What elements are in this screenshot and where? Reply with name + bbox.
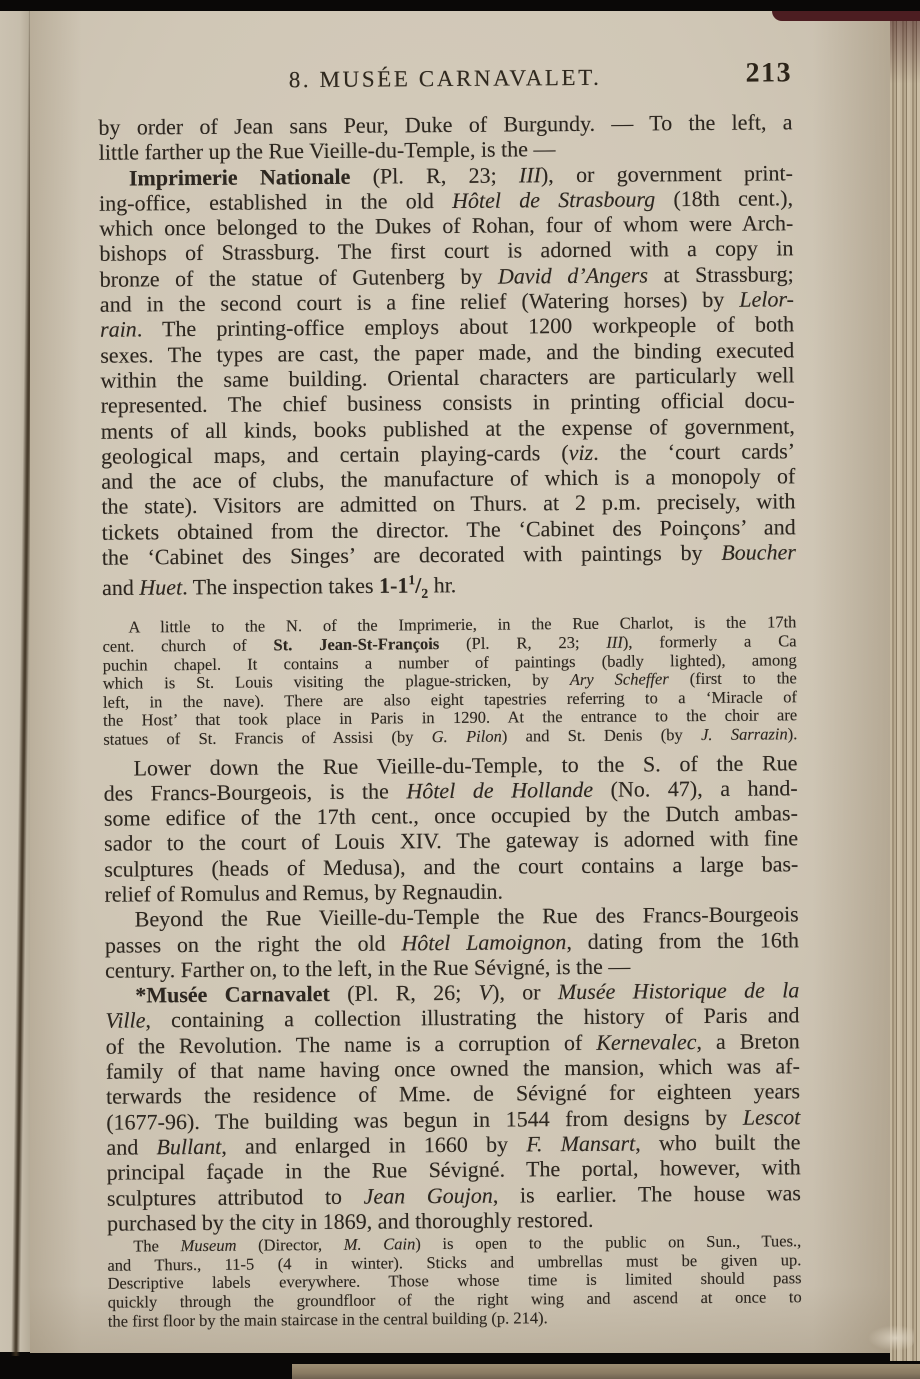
text-run: Musée Historique de la xyxy=(558,977,800,1004)
text-run: . The inspection takes xyxy=(182,573,379,600)
text-run: The xyxy=(133,1236,180,1255)
text-run: Lelor- xyxy=(739,286,794,311)
book-photo: 8. MUSÉE CARNAVALET. 213 by order of Jea… xyxy=(0,0,920,1379)
page-curl-highlight xyxy=(868,1325,914,1351)
text-run: (Pl. R, 23; xyxy=(439,633,606,653)
text-run: geological maps, and certain playing-car… xyxy=(101,440,569,469)
text-run: Imprimerie Nationale xyxy=(129,163,351,190)
text-line: passes on the right the old Hôtel Lamoig… xyxy=(105,927,799,958)
text-run: Hôtel de Strasbourg xyxy=(452,186,655,213)
text-run: rain xyxy=(100,317,137,342)
text-run: 1-1 xyxy=(379,573,409,598)
text-run: , and enlarged in 1660 by xyxy=(221,1131,526,1158)
text-run: Jean Goujon xyxy=(364,1182,493,1208)
text-run: (Pl. R, 26; xyxy=(330,980,479,1006)
text-run: little farther up the Rue Vieille-du-Tem… xyxy=(99,136,556,165)
section-title: 8. MUSÉE CARNAVALET. xyxy=(98,61,792,96)
text-run: (first to the xyxy=(669,668,797,688)
text-run: ing-office, established in the old xyxy=(99,188,452,216)
text-run: M. Cain xyxy=(344,1234,416,1254)
text-run: (No. 47), a hand- xyxy=(593,775,798,802)
text-run: . the ‘court cards’ xyxy=(593,438,795,465)
text-run: ), formerly a Ca xyxy=(623,631,797,651)
text-run: and xyxy=(102,575,139,600)
text-run: V xyxy=(479,980,493,1005)
text-run: Hôtel de Hollande xyxy=(406,777,593,803)
text-run: ), or xyxy=(492,979,558,1005)
text-run: (18th cent.), xyxy=(655,185,793,211)
page-number: 213 xyxy=(745,58,792,88)
text-run: Ary Scheffer xyxy=(570,669,669,689)
text-run: sculptures (heads of Medusa), and the co… xyxy=(104,851,798,881)
text-run: G. Pilon xyxy=(432,726,502,746)
text-run: , who built the xyxy=(635,1129,800,1155)
text-line: statues of St. Francis of Assisi (by G. … xyxy=(103,725,797,749)
page-header: 8. MUSÉE CARNAVALET. 213 xyxy=(98,61,792,96)
bottom-page-edges xyxy=(292,1364,920,1379)
text-run: ), or government print- xyxy=(541,160,793,187)
text-run: Hôtel Lamoignon xyxy=(401,929,566,955)
text-run: Kernevalec xyxy=(596,1029,696,1055)
text-run: David d’Angers xyxy=(498,262,648,288)
paragraph: Imprimerie Nationale (Pl. R, 23; III), o… xyxy=(99,160,796,609)
text-run: the ‘Cabinet des Singes’ are decorated w… xyxy=(102,540,722,570)
text-run: purchased by the city in 1869, and thoro… xyxy=(107,1207,594,1236)
paragraphs-container: by order of Jean sans Peur, Duke of Burg… xyxy=(98,109,802,1331)
text-run: the first floor by the main staircase in… xyxy=(108,1308,548,1330)
text-run: and xyxy=(106,1134,156,1159)
text-run: cent. church of xyxy=(102,635,273,655)
text-run: , a Breton xyxy=(696,1028,799,1054)
text-run: *Musée Carnavalet xyxy=(135,981,330,1008)
text-run: ). xyxy=(788,724,798,743)
text-run: Huet xyxy=(139,575,182,600)
text-run: III xyxy=(519,162,541,187)
text-run: hr. xyxy=(428,573,456,598)
text-run: III xyxy=(606,633,623,652)
text-run: bronze of the statue of Gutenberg by xyxy=(100,263,498,291)
text-run: , is earlier. The house was xyxy=(493,1180,801,1207)
text-run: ) and St. Denis (by xyxy=(502,725,701,746)
top-shadow xyxy=(0,0,920,11)
text-run: Museum xyxy=(181,1236,237,1255)
text-block: 8. MUSÉE CARNAVALET. 213 by order of Jea… xyxy=(98,61,802,1331)
text-run: relief of Romulus and Remus, by Regnaudi… xyxy=(104,879,503,907)
paragraph: *Musée Carnavalet (Pl. R, 26; V), or Mus… xyxy=(105,977,801,1235)
text-run: statues of St. Francis of Assisi (by xyxy=(103,727,432,749)
text-line: the first floor by the main staircase in… xyxy=(108,1307,802,1331)
text-run: Bullant xyxy=(156,1134,221,1160)
text-run: of the Revolution. The name is a corrupt… xyxy=(106,1030,597,1059)
text-run: des Francs-Bourgeois, is the xyxy=(104,778,407,805)
text-line: and Huet. The inspection takes 1-11/2 hr… xyxy=(102,565,796,609)
text-run: F. Mansart xyxy=(526,1131,635,1157)
text-run: , dating from the 16th xyxy=(566,927,799,954)
text-run: at Strassburg; xyxy=(648,261,794,287)
fore-edge-pages xyxy=(890,14,920,1361)
scanned-page: 8. MUSÉE CARNAVALET. 213 by order of Jea… xyxy=(30,10,890,1353)
text-run: (Pl. R, 23; xyxy=(350,162,519,188)
text-run: century. Farther on, to the left, in the… xyxy=(105,953,630,982)
text-run: St. Jean-St-François xyxy=(273,634,439,654)
paragraph: Beyond the Rue Vieille-du-Temple the Rue… xyxy=(105,902,800,983)
paragraph: A little to the N. of the Imprimerie, in… xyxy=(102,614,797,750)
paragraph: by order of Jean sans Peur, Duke of Burg… xyxy=(98,109,792,165)
text-run: passes on the right the old xyxy=(105,930,402,957)
text-run: J. Sarrazin xyxy=(701,724,788,744)
text-run: sculptures attributod to xyxy=(107,1183,364,1210)
text-run: (Director, xyxy=(236,1235,343,1255)
paragraph: The Museum (Director, M. Cain) is open t… xyxy=(107,1232,802,1330)
text-run: Ville xyxy=(105,1008,145,1033)
text-run: Boucher xyxy=(721,539,796,565)
text-line: sculptures attributod to Jean Goujon, is… xyxy=(107,1180,801,1211)
text-run: viz xyxy=(569,440,594,465)
paragraph: Lower down the Rue Vieille-du-Temple, to… xyxy=(103,750,798,907)
text-run: Lescot xyxy=(743,1104,801,1129)
